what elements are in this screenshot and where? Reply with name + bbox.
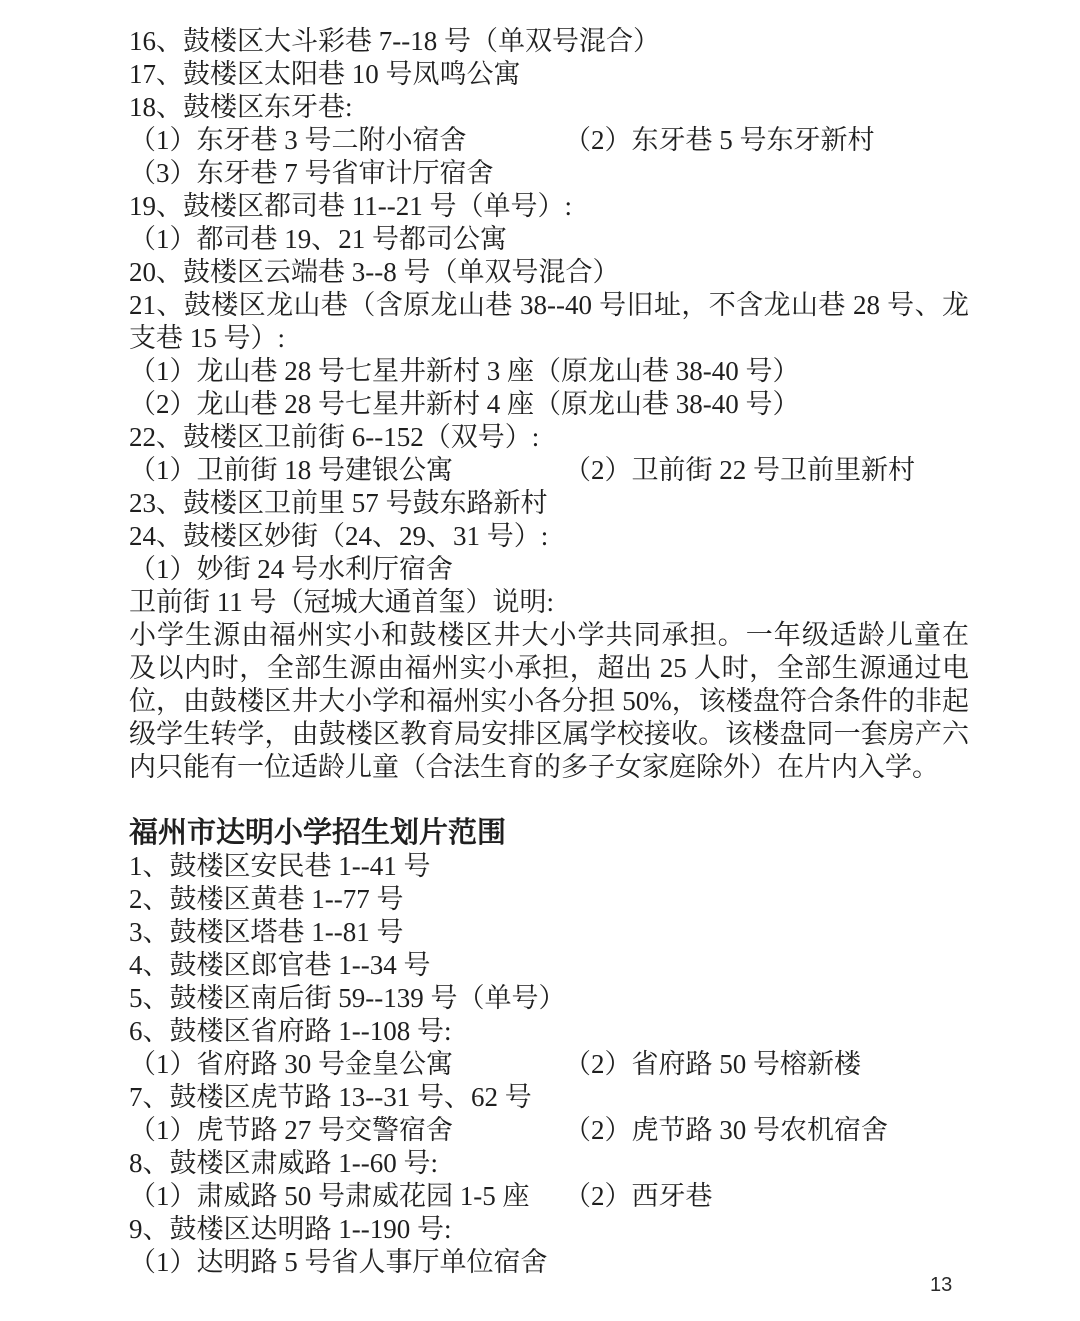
page-number: 13 xyxy=(930,1274,952,1297)
list-item: 18、鼓楼区东牙巷: xyxy=(129,91,969,124)
list-item: 23、鼓楼区卫前里 57 号鼓东路新村 xyxy=(129,487,969,520)
continuation-line: 支巷 15 号）: xyxy=(129,322,969,355)
list-item: 5、鼓楼区南后街 59--139 号（单号） xyxy=(129,982,969,1015)
sub-item-col2: （2）卫前街 22 号卫前里新村 xyxy=(564,454,915,487)
sub-item-col1: （1）卫前街 18 号建银公寓 xyxy=(129,454,564,487)
list-item: 19、鼓楼区都司巷 11--21 号（单号）: xyxy=(129,190,969,223)
sub-item-row: （1）虎节路 27 号交警宿舍（2）虎节路 30 号农机宿舍 xyxy=(129,1114,969,1147)
list-item: 4、鼓楼区郎官巷 1--34 号 xyxy=(129,949,969,982)
list-item: 21、鼓楼区龙山巷（含原龙山巷 38--40 号旧址，不含龙山巷 28 号、龙山 xyxy=(129,289,969,322)
blank-line xyxy=(129,784,969,817)
sub-item-col1: （1）虎节路 27 号交警宿舍 xyxy=(129,1114,564,1147)
list-item: 20、鼓楼区云端巷 3--8 号（单双号混合） xyxy=(129,256,969,289)
list-item: 8、鼓楼区肃威路 1--60 号: xyxy=(129,1147,969,1180)
sub-item-col2: （2）西牙巷 xyxy=(564,1180,713,1213)
sub-item: （1）都司巷 19、21 号都司公寓 xyxy=(129,223,969,256)
sub-item: （1）妙街 24 号水利厅宿舍 xyxy=(129,553,969,586)
list-item: 17、鼓楼区太阳巷 10 号凤鸣公寓 xyxy=(129,58,969,91)
list-item: 1、鼓楼区安民巷 1--41 号 xyxy=(129,850,969,883)
sub-item-row: （1）省府路 30 号金皇公寓（2）省府路 50 号榕新楼 xyxy=(129,1048,969,1081)
sub-item: （1）达明路 5 号省人事厅单位宿舍 xyxy=(129,1246,969,1279)
note-heading: 卫前街 11 号（冠城大通首玺）说明: xyxy=(129,586,969,619)
list-item: 6、鼓楼区省府路 1--108 号: xyxy=(129,1015,969,1048)
list-item: 24、鼓楼区妙街（24、29、31 号）: xyxy=(129,520,969,553)
section-heading: 福州市达明小学招生划片范围 xyxy=(129,817,969,850)
sub-item-col1: （1）省府路 30 号金皇公寓 xyxy=(129,1048,564,1081)
sub-item-row: （1）东牙巷 3 号二附小宿舍（2）东牙巷 5 号东牙新村 xyxy=(129,124,969,157)
list-item: 22、鼓楼区卫前街 6--152（双号）: xyxy=(129,421,969,454)
list-item: 2、鼓楼区黄巷 1--77 号 xyxy=(129,883,969,916)
list-item: 3、鼓楼区塔巷 1--81 号 xyxy=(129,916,969,949)
paragraph-line: 小学生源由福州实小和鼓楼区井大小学共同承担。一年级适龄儿童在 25 人 xyxy=(129,619,969,652)
sub-item-col2: （2）省府路 50 号榕新楼 xyxy=(564,1048,861,1081)
list-item: 16、鼓楼区大斗彩巷 7--18 号（单双号混合） xyxy=(129,25,969,58)
paragraph-line: 内只能有一位适龄儿童（合法生育的多子女家庭除外）在片内入学。 xyxy=(129,751,969,784)
sub-item: （1）龙山巷 28 号七星井新村 3 座（原龙山巷 38-40 号） xyxy=(129,355,969,388)
sub-item: （2）龙山巷 28 号七星井新村 4 座（原龙山巷 38-40 号） xyxy=(129,388,969,421)
sub-item-row: （1）肃威路 50 号肃威花园 1-5 座（2）西牙巷 xyxy=(129,1180,969,1213)
paragraph-line: 级学生转学，由鼓楼区教育局安排区属学校接收。该楼盘同一套房产六年 xyxy=(129,718,969,751)
paragraph-line: 及以内时，全部生源由福州实小承担，超出 25 人时，全部生源通过电脑派 xyxy=(129,652,969,685)
sub-item-row: （1）卫前街 18 号建银公寓（2）卫前街 22 号卫前里新村 xyxy=(129,454,969,487)
sub-item-col2: （2）虎节路 30 号农机宿舍 xyxy=(564,1114,888,1147)
document-content: 16、鼓楼区大斗彩巷 7--18 号（单双号混合）17、鼓楼区太阳巷 10 号凤… xyxy=(129,25,969,1279)
sub-item: （3）东牙巷 7 号省审计厅宿舍 xyxy=(129,157,969,190)
sub-item-col2: （2）东牙巷 5 号东牙新村 xyxy=(564,124,875,157)
list-item: 9、鼓楼区达明路 1--190 号: xyxy=(129,1213,969,1246)
list-item: 7、鼓楼区虎节路 13--31 号、62 号 xyxy=(129,1081,969,1114)
sub-item-col1: （1）东牙巷 3 号二附小宿舍 xyxy=(129,124,564,157)
sub-item-col1: （1）肃威路 50 号肃威花园 1-5 座 xyxy=(129,1180,564,1213)
paragraph-line: 位，由鼓楼区井大小学和福州实小各分担 50%，该楼盘符合条件的非起始年 xyxy=(129,685,969,718)
document-page: 16、鼓楼区大斗彩巷 7--18 号（单双号混合）17、鼓楼区太阳巷 10 号凤… xyxy=(0,0,1080,1321)
